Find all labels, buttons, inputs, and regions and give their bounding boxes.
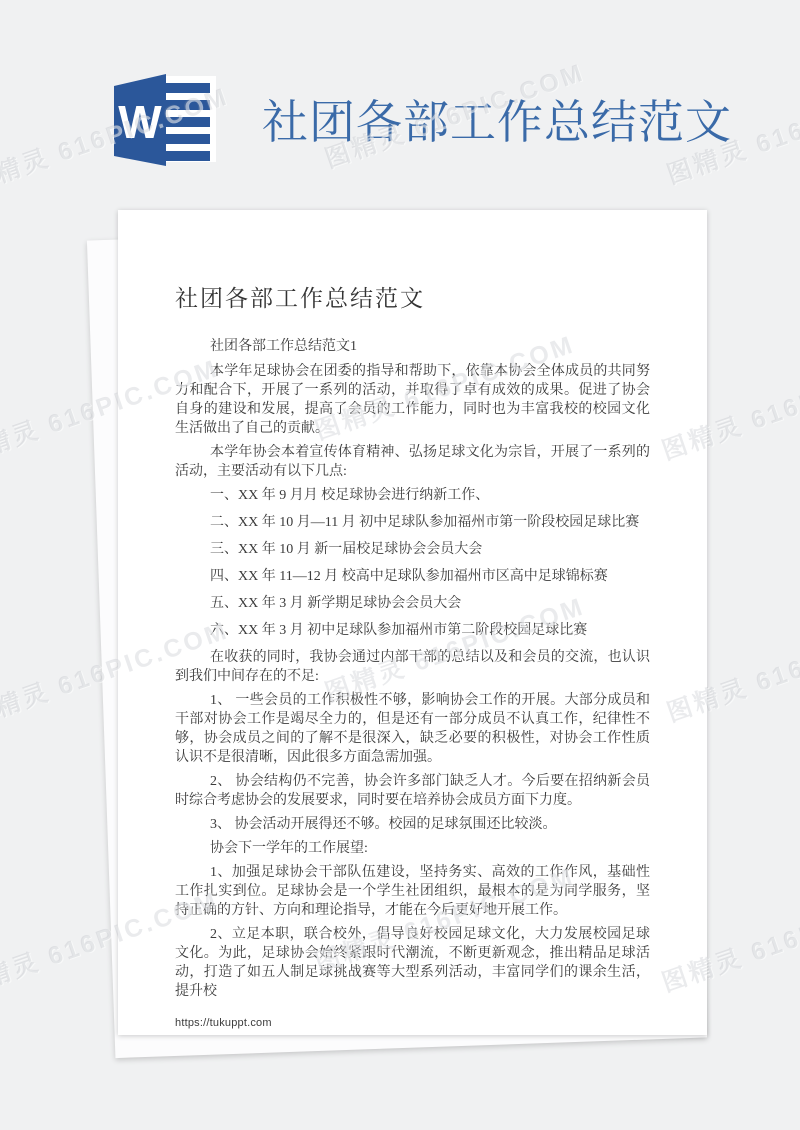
doc-list-item: 四、XX 年 11—12 月 校高中足球队参加福州市区高中足球锦标赛 <box>175 567 650 586</box>
doc-paragraph: 在收获的同时，我协会通过内部干部的总结以及和会员的交流，也认识到我们中间存在的不… <box>175 648 650 686</box>
footer-url: https://tukuppt.com <box>175 1017 650 1029</box>
doc-list-item: 三、XX 年 10 月 新一届校足球协会会员大会 <box>175 540 650 559</box>
doc-subtitle: 社团各部工作总结范文1 <box>175 337 650 356</box>
word-icon-letter: W <box>118 96 162 148</box>
document-title: 社团各部工作总结范文 <box>175 280 650 313</box>
doc-list-item: 五、XX 年 3 月 新学期足球协会会员大会 <box>175 594 650 613</box>
doc-paragraph: 1、加强足球协会干部队伍建设，坚持务实、高效的工作作风，基础性工作扎实到位。足球… <box>175 863 650 920</box>
word-icon: W <box>110 72 220 168</box>
doc-paragraph: 2、立足本职，联合校外，倡导良好校园足球文化，大力发展校园足球文化。为此，足球协… <box>175 925 650 1001</box>
page-title: 社团各部工作总结范文 <box>262 86 732 152</box>
document-page: 社团各部工作总结范文 社团各部工作总结范文1 本学年足球协会在团委的指导和帮助下… <box>118 210 707 1035</box>
doc-paragraph: 本学年协会本着宣传体育精神、弘扬足球文化为宗旨，开展了一系列的活动，主要活动有以… <box>175 443 650 481</box>
doc-paragraph: 1、 一些会员的工作积极性不够，影响协会工作的开展。大部分成员和干部对协会工作是… <box>175 691 650 767</box>
header: W 社团各部工作总结范文 <box>0 0 800 200</box>
doc-list-item: 六、XX 年 3 月 初中足球队参加福州市第二阶段校园足球比赛 <box>175 621 650 640</box>
doc-list-item: 二、XX 年 10 月—11 月 初中足球队参加福州市第一阶段校园足球比赛 <box>175 513 650 532</box>
doc-paragraph: 3、 协会活动开展得还不够。校园的足球氛围还比较淡。 <box>175 815 650 834</box>
doc-paragraph: 本学年足球协会在团委的指导和帮助下，依靠本协会全体成员的共同努力和配合下，开展了… <box>175 362 650 438</box>
doc-paragraph: 协会下一学年的工作展望: <box>175 839 650 858</box>
doc-paragraph: 2、 协会结构仍不完善，协会许多部门缺乏人才。今后要在招纳新会员时综合考虑协会的… <box>175 772 650 810</box>
doc-list-item: 一、XX 年 9 月月 校足球协会进行纳新工作、 <box>175 486 650 505</box>
